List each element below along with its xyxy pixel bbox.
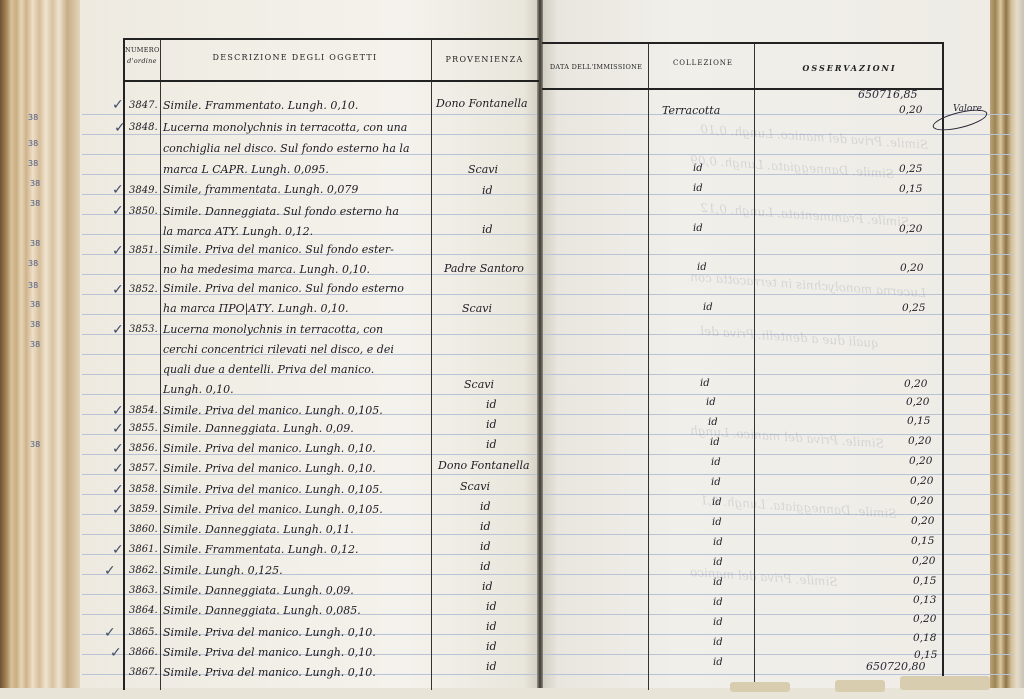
entry-number: 3854.	[129, 405, 158, 416]
entry-provenienza: id	[480, 560, 491, 573]
checkmark-icon: ✓	[112, 421, 124, 437]
entry-valore: 0,20	[900, 262, 923, 274]
entry-number: 3859.	[129, 504, 158, 515]
entry-valore: 0,20	[908, 435, 931, 447]
entry-provenienza: id	[486, 600, 497, 613]
entry-provenienza: id	[482, 184, 493, 197]
entry-number: 3865.	[129, 627, 158, 638]
entry-valore: 0,20	[913, 613, 936, 625]
entry-description: la marca ATY. Lungh. 0,12.	[163, 225, 313, 238]
entry-description: cerchi concentrici rilevati nel disco, e…	[163, 343, 394, 356]
entry-description: Simile. Frammentato. Lungh. 0,10.	[163, 99, 358, 112]
entry-collezione: id	[706, 397, 716, 408]
entry-provenienza: id	[486, 660, 497, 673]
entry-collezione: id	[700, 378, 710, 389]
torn-paper	[835, 680, 885, 692]
entry-collezione: id	[708, 417, 718, 428]
checkmark-icon: ✓	[112, 97, 124, 113]
entry-description: Simile. Priva del manico. Lungh. 0,10.	[163, 666, 376, 679]
edge-mark: 38	[28, 139, 38, 148]
header-provenienza: PROVENIENZA	[432, 55, 537, 64]
entry-collezione: id	[712, 517, 722, 528]
open-ledger: NUMERO d'ordine DESCRIZIONE DEGLI OGGETT…	[0, 0, 1024, 699]
entry-description: Simile. Danneggiata. Lungh. 0,09.	[163, 422, 354, 435]
checkmark-icon: ✓	[112, 461, 124, 477]
entry-provenienza: id	[480, 500, 491, 513]
entry-provenienza: Scavi	[464, 378, 494, 391]
entry-valore: 0,20	[911, 515, 934, 527]
entry-valore: 0,20	[910, 475, 933, 487]
entry-provenienza: id	[486, 640, 497, 653]
entry-description: Simile. Priva del manico. Lungh. 0,105.	[163, 483, 383, 496]
entry-valore: 0,20	[910, 495, 933, 507]
entry-provenienza: Scavi	[462, 302, 492, 315]
entry-valore: 0,15	[899, 183, 922, 195]
entry-valore: 0,20	[906, 396, 929, 408]
header-osservazioni: OSSERVAZIONI	[757, 63, 942, 73]
entry-provenienza: id	[486, 418, 497, 431]
entry-valore: 0,20	[899, 223, 922, 235]
entry-collezione: id	[703, 302, 713, 313]
entry-description: ha marca ΠΡΟ|ΑΤΥ. Lungh. 0,10.	[163, 302, 348, 315]
entry-provenienza: id	[486, 398, 497, 411]
entry-provenienza: id	[482, 223, 493, 236]
checkmark-icon: ✓	[112, 243, 124, 259]
header-rule-left	[125, 80, 539, 82]
entry-number: 3856.	[129, 443, 158, 454]
entry-number: 3863.	[129, 585, 158, 596]
entry-collezione: id	[713, 657, 723, 668]
entry-collezione: id	[710, 437, 720, 448]
entry-provenienza: id	[480, 520, 491, 533]
entry-number: 3851.	[129, 245, 158, 256]
entry-description: Simile. Priva del manico. Lungh. 0,10.	[163, 626, 376, 639]
entry-description: Simile. Priva del manico. Lungh. 0,10.	[163, 442, 376, 455]
entry-description: no ha medesima marca. Lungh. 0,10.	[163, 263, 370, 276]
edge-mark: 38	[30, 199, 40, 208]
entry-provenienza: Scavi	[468, 163, 498, 176]
col-divider-osservazioni	[754, 44, 755, 690]
entry-number: 3861.	[129, 544, 158, 555]
entry-description: Lungh. 0,10.	[163, 383, 234, 396]
edge-mark: 38	[30, 340, 40, 349]
edge-mark: 38	[30, 300, 40, 309]
entry-description: Simile. Lungh. 0,125.	[163, 564, 283, 577]
checkmark-icon: ✓	[112, 282, 124, 298]
entry-number: 3847.	[129, 100, 158, 111]
entry-collezione: id	[711, 457, 721, 468]
checkmark-icon: ✓	[110, 645, 122, 661]
entry-description: conchiglia nel disco. Sul fondo esterno …	[163, 142, 410, 155]
entry-valore: 0,18	[913, 632, 936, 644]
entry-collezione: id	[697, 262, 707, 273]
entry-description: Simile. Priva del manico. Sul fondo este…	[163, 243, 394, 256]
entry-provenienza: Padre Santoro	[444, 262, 524, 275]
checkmark-icon: ✓	[112, 482, 124, 498]
entry-description: marca L CAPR. Lungh. 0,095.	[163, 163, 329, 176]
entry-collezione: id	[693, 183, 703, 194]
entry-number: 3848.	[129, 122, 158, 133]
entry-description: Simile. Danneggiata. Sul fondo esterno h…	[163, 205, 399, 218]
page-edges-left	[0, 0, 82, 699]
checkmark-icon: ✓	[112, 322, 124, 338]
entry-description: Simile, frammentata. Lungh. 0,079	[163, 183, 358, 196]
checkmark-icon: ✓	[112, 403, 124, 419]
entry-provenienza: id	[482, 580, 493, 593]
final-total: 650720,80	[866, 660, 926, 673]
entry-description: Simile. Danneggiata. Lungh. 0,11.	[163, 523, 354, 536]
entry-provenienza: Dono Fontanella	[436, 97, 528, 110]
entry-number: 3862.	[129, 565, 158, 576]
entry-valore: 0,25	[902, 302, 925, 314]
entry-number: 3867.	[129, 667, 158, 678]
entry-valore: 0,15	[913, 575, 936, 587]
entry-collezione: id	[713, 597, 723, 608]
entry-valore: 0,20	[899, 104, 922, 116]
entry-number: 3857.	[129, 463, 158, 474]
entry-valore: 0,15	[907, 415, 930, 427]
entry-number: 3864.	[129, 605, 158, 616]
entry-valore: 0,25	[899, 163, 922, 175]
edge-mark: 38	[28, 259, 38, 268]
entry-collezione: id	[713, 637, 723, 648]
carried-total: 650716,85	[858, 88, 918, 101]
entry-collezione: id	[693, 163, 703, 174]
entry-number: 3853.	[129, 324, 158, 335]
entry-description: Simile. Priva del manico. Sul fondo este…	[163, 282, 404, 295]
entry-number: 3866.	[129, 647, 158, 658]
checkmark-icon: ✓	[112, 502, 124, 518]
edge-mark: 38	[28, 113, 38, 122]
entry-collezione: id	[713, 577, 723, 588]
entry-valore: 0,20	[904, 378, 927, 390]
entry-description: Simile. Priva del manico. Lungh. 0,10.	[163, 462, 376, 475]
checkmark-icon: ✓	[114, 120, 126, 136]
entry-description: Simile. Priva del manico. Lungh. 0,10.	[163, 646, 376, 659]
entry-collezione: id	[693, 223, 703, 234]
entry-provenienza: Scavi	[460, 480, 490, 493]
margin-note: Valore	[953, 104, 982, 114]
entry-collezione: id	[711, 477, 721, 488]
entry-description: Lucerna monolychnis in terracotta, con	[163, 323, 383, 336]
edge-mark: 38	[28, 159, 38, 168]
checkmark-icon: ✓	[112, 182, 124, 198]
col-divider-provenienza	[431, 40, 432, 690]
entry-valore: 0,20	[909, 455, 932, 467]
header-data-immissione: DATA DELL'IMMISSIONE	[543, 63, 649, 71]
entry-number: 3849.	[129, 185, 158, 196]
checkmark-icon: ✓	[112, 441, 124, 457]
entry-provenienza: Dono Fontanella	[438, 459, 530, 472]
header-collezione: COLLEZIONE	[650, 59, 756, 67]
entry-number: 3860.	[129, 524, 158, 535]
entry-valore: 0,20	[912, 555, 935, 567]
header-numero: NUMERO	[125, 46, 159, 54]
entry-description: Simile. Priva del manico. Lungh. 0,105.	[163, 404, 383, 417]
edge-mark: 38	[28, 281, 38, 290]
entry-collezione: Terracotta	[662, 104, 720, 117]
edge-mark: 38	[30, 179, 40, 188]
edge-mark: 38	[30, 440, 40, 449]
checkmark-icon: ✓	[104, 625, 116, 641]
entry-valore: 0,15	[911, 535, 934, 547]
edge-mark: 38	[30, 320, 40, 329]
col-divider-collezione	[648, 44, 649, 690]
checkmark-icon: ✓	[112, 542, 124, 558]
entry-valore: 0,13	[913, 594, 936, 606]
checkmark-icon: ✓	[112, 203, 124, 219]
entry-description: Simile. Danneggiata. Lungh. 0,09.	[163, 584, 354, 597]
entry-collezione: id	[713, 557, 723, 568]
entry-number: 3855.	[129, 423, 158, 434]
edge-mark: 38	[30, 239, 40, 248]
checkmark-icon: ✓	[104, 563, 116, 579]
entry-number: 3850.	[129, 206, 158, 217]
header-descrizione: DESCRIZIONE DEGLI OGGETTI	[160, 53, 430, 62]
entry-number: 3852.	[129, 284, 158, 295]
entry-provenienza: id	[480, 540, 491, 553]
entry-collezione: id	[713, 617, 723, 628]
entry-description: quali due a dentelli. Priva del manico.	[163, 363, 374, 376]
entry-collezione: id	[712, 497, 722, 508]
entry-collezione: id	[713, 537, 723, 548]
torn-paper	[730, 682, 790, 692]
entry-description: Simile. Priva del manico. Lungh. 0,105.	[163, 503, 383, 516]
entry-description: Lucerna monolychnis in terracotta, con u…	[163, 121, 407, 134]
entry-description: Simile. Danneggiata. Lungh. 0,085.	[163, 604, 361, 617]
header-ordine: d'ordine	[125, 57, 159, 65]
entry-number: 3858.	[129, 484, 158, 495]
torn-paper	[900, 676, 990, 690]
entry-provenienza: id	[486, 620, 497, 633]
entry-description: Simile. Frammentata. Lungh. 0,12.	[163, 543, 358, 556]
col-divider-numero	[160, 40, 161, 690]
entry-provenienza: id	[486, 438, 497, 451]
